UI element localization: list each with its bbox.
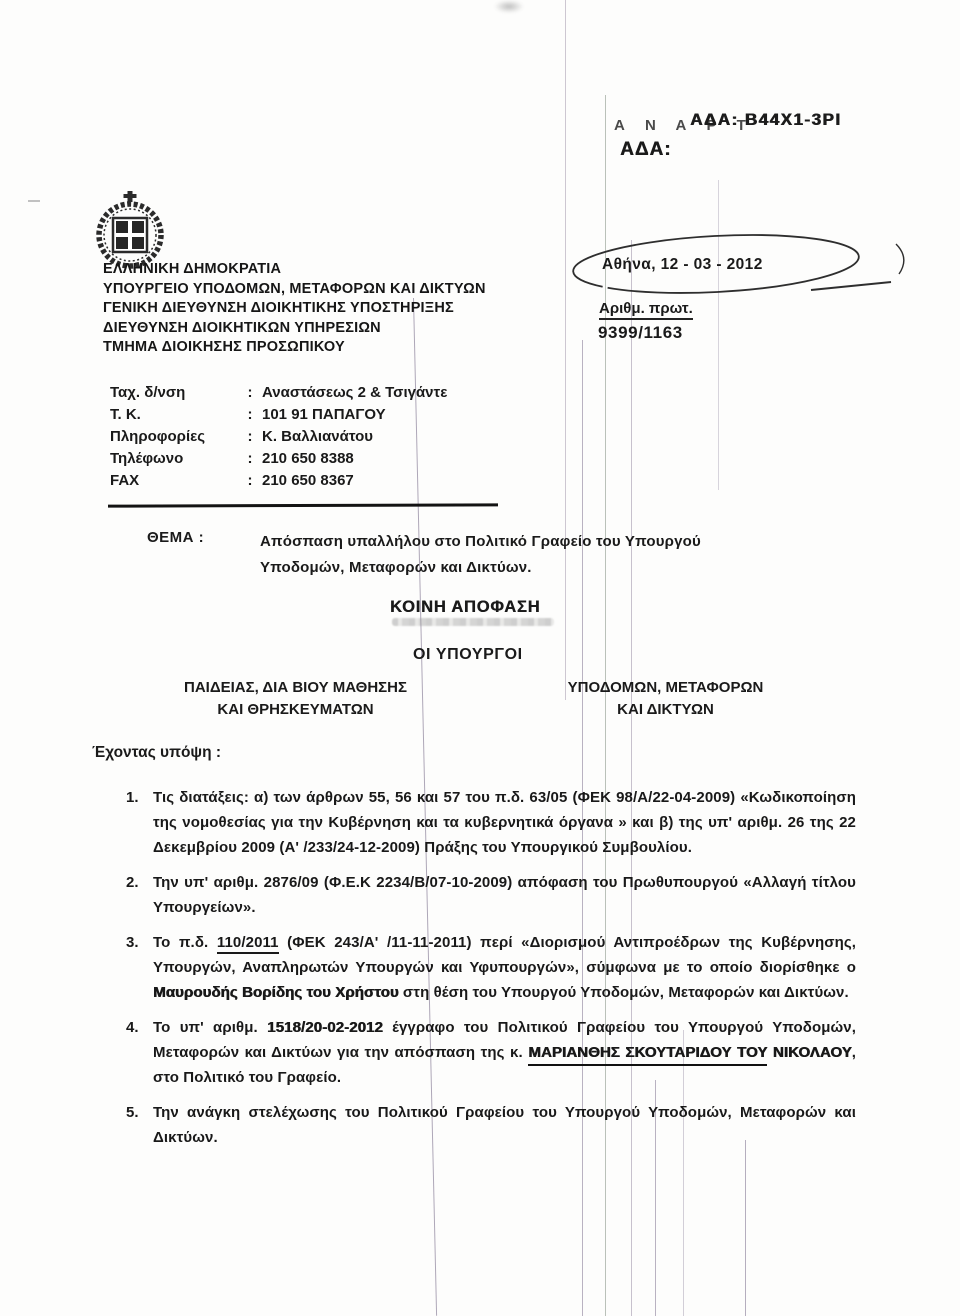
contact-row: Ταχ. δ/νση:Αναστάσεως 2 & Τσιγάντε	[110, 384, 530, 402]
contact-row: Τηλέφωνο:210 650 8388	[110, 450, 530, 468]
item-number: 1.	[126, 785, 153, 860]
item-text-segment: Το π.δ.	[153, 934, 217, 951]
protocol-number-value: 9399/1163	[598, 323, 683, 343]
item-number: 2.	[126, 870, 153, 920]
agency-header-line: ΔΙΕΥΘΥΝΣΗ ΔΙΟΙΚΗΤΙΚΩΝ ΥΠΗΡΕΣΙΩΝ	[103, 319, 486, 339]
minister-name-line: ΚΑΙ ΔΙΚΤΥΩΝ	[523, 699, 808, 721]
scan-smudge	[494, 0, 524, 13]
contact-label: Ταχ. δ/νση	[110, 384, 238, 402]
contact-value: 101 91 ΠΑΠΑΓΟΥ	[262, 406, 530, 424]
contact-label: FAX	[110, 472, 238, 490]
agency-header-line: ΕΛΛΗΝΙΚΗ ΔΗΜΟΚΡΑΤΙΑ	[103, 260, 486, 280]
considering-item: 3.Το π.δ. 110/2011 (ΦΕΚ 243/Α' /11-11-20…	[126, 930, 856, 1005]
considering-list: 1.Τις διατάξεις: α) των άρθρων 55, 56 κα…	[126, 785, 856, 1160]
item-number: 5.	[126, 1100, 153, 1150]
contact-value: 210 650 8367	[262, 472, 530, 490]
contact-label: Τ. Κ.	[110, 406, 238, 424]
contact-block: Ταχ. δ/νση:Αναστάσεως 2 & ΤσιγάντεΤ. Κ.:…	[110, 384, 530, 494]
scan-mark	[28, 200, 40, 202]
considering-item: 2.Την υπ' αριθμ. 2876/09 (Φ.Ε.Κ 2234/Β/0…	[126, 870, 856, 920]
subject-text: Απόσπαση υπαλλήλου στο Πολιτικό Γραφείο …	[260, 529, 760, 581]
contact-separator: :	[238, 450, 262, 468]
protocol-number-label: Αριθμ. πρωτ.	[599, 300, 693, 320]
item-number: 3.	[126, 930, 153, 1005]
scan-artifact-line	[745, 1140, 746, 1316]
minister-name-line: ΠΑΙΔΕΙΑΣ, ΔΙΑ ΒΙΟΥ ΜΑΘΗΣΗΣ	[148, 677, 443, 699]
scanned-document-page: Α Ν Α Ρ Τ ΑΔΑ: Β44Χ1-3ΡΙ ΑΔΑ: ΕΛΛΗΝΙΚΗ Δ…	[0, 0, 960, 1316]
item-text: Το π.δ. 110/2011 (ΦΕΚ 243/Α' /11-11-2011…	[153, 930, 856, 1005]
subject-line: Απόσπαση υπαλλήλου στο Πολιτικό Γραφείο …	[260, 529, 760, 555]
ada-code-stamp: ΑΔΑ: Β44Χ1-3ΡΙ	[690, 110, 841, 130]
the-ministers-subtitle: ΟΙ ΥΠΟΥΡΓΟΙ	[413, 646, 523, 664]
agency-header-line: ΤΜΗΜΑ ΔΙΟΙΚΗΣΗΣ ΠΡΟΣΩΠΙΚΟΥ	[103, 338, 486, 358]
item-text: Την ανάγκη στελέχωσης του Πολιτικού Γραφ…	[153, 1100, 856, 1150]
contact-separator: :	[238, 384, 262, 402]
contact-label: Πληροφορίες	[110, 428, 238, 446]
item-text-segment: Τις διατάξεις: α) των άρθρων 55, 56 και …	[153, 789, 856, 856]
contact-value: 210 650 8388	[262, 450, 530, 468]
item-text: Την υπ' αριθμ. 2876/09 (Φ.Ε.Κ 2234/Β/07-…	[153, 870, 856, 920]
minister-left-column: ΠΑΙΔΕΙΑΣ, ΔΙΑ ΒΙΟΥ ΜΑΘΗΣΗΣΚΑΙ ΘΡΗΣΚΕΥΜΑΤ…	[148, 677, 443, 721]
considering-intro: Έχοντας υπόψη :	[92, 744, 221, 762]
minister-name-line: ΚΑΙ ΘΡΗΣΚΕΥΜΑΤΩΝ	[148, 699, 443, 721]
item-text-segment: Την ανάγκη στελέχωσης του Πολιτικού Γραφ…	[153, 1104, 856, 1146]
item-number: 4.	[126, 1015, 153, 1090]
contact-row: Πληροφορίες:Κ. Βαλλιανάτου	[110, 428, 530, 446]
item-text-segment: Την υπ' αριθμ. 2876/09 (Φ.Ε.Κ 2234/Β/07-…	[153, 874, 856, 916]
agency-header-block: ΕΛΛΗΝΙΚΗ ΔΗΜΟΚΡΑΤΙΑΥΠΟΥΡΓΕΙΟ ΥΠΟΔΟΜΩΝ, Μ…	[103, 260, 486, 358]
considering-item: 4.Το υπ' αριθμ. 1518/20-02-2012 έγγραφο …	[126, 1015, 856, 1090]
contact-separator: :	[238, 406, 262, 424]
city-and-date: Αθήνα, 12 - 03 - 2012	[602, 256, 763, 274]
contact-row: Τ. Κ.:101 91 ΠΑΠΑΓΟΥ	[110, 406, 530, 424]
contact-label: Τηλέφωνο	[110, 450, 238, 468]
minister-right-column: ΥΠΟΔΟΜΩΝ, ΜΕΤΑΦΟΡΩΝΚΑΙ ΔΙΚΤΥΩΝ	[523, 677, 808, 721]
contact-separator: :	[238, 428, 262, 446]
scan-artifact-line	[565, 0, 566, 700]
contact-value: Κ. Βαλλιανάτου	[262, 428, 530, 446]
item-text-segment: στη θέση του Υπουργού Υποδομών, Μεταφορώ…	[399, 984, 849, 1001]
contact-separator: :	[238, 472, 262, 490]
considering-item: 1.Τις διατάξεις: α) των άρθρων 55, 56 κα…	[126, 785, 856, 860]
subject-line: Υποδομών, Μεταφορών και Δικτύων.	[260, 555, 760, 581]
horizontal-divider	[108, 503, 498, 507]
contact-value: Αναστάσεως 2 & Τσιγάντε	[262, 384, 530, 402]
item-text-segment: Το υπ' αριθμ.	[153, 1019, 267, 1036]
agency-header-line: ΥΠΟΥΡΓΕΙΟ ΥΠΟΔΟΜΩΝ, ΜΕΤΑΦΟΡΩΝ ΚΑΙ ΔΙΚΤΥΩ…	[103, 280, 486, 300]
subject-label: ΘΕΜΑ :	[147, 529, 204, 546]
item-text-segment: ΜΑΡΙΑΝΘΗΣ ΣΚΟΥΤΑΡΙΔΟΥ ΤΟΥ	[528, 1044, 767, 1066]
scan-smudge	[392, 618, 554, 626]
agency-header-line: ΓΕΝΙΚΗ ΔΙΕΥΘΥΝΣΗ ΔΙΟΙΚΗΤΙΚΗΣ ΥΠΟΣΤΗΡΙΞΗΣ	[103, 299, 486, 319]
item-text-segment: 110/2011	[217, 934, 279, 954]
item-text: Το υπ' αριθμ. 1518/20-02-2012 έγγραφο το…	[153, 1015, 856, 1090]
ada-label: ΑΔΑ:	[620, 139, 671, 161]
joint-decision-title: ΚΟΙΝΗ ΑΠΟΦΑΣΗ	[390, 598, 540, 617]
item-text-segment: Μαυρουδής Βορίδης του Χρήστου	[153, 984, 399, 1001]
minister-name-line: ΥΠΟΔΟΜΩΝ, ΜΕΤΑΦΟΡΩΝ	[523, 677, 808, 699]
item-text: Τις διατάξεις: α) των άρθρων 55, 56 και …	[153, 785, 856, 860]
contact-row: FAX:210 650 8367	[110, 472, 530, 490]
item-text-segment: 1518/20-02-2012	[267, 1019, 383, 1036]
item-text-segment: ΝΙΚΟΛΑΟΥ	[767, 1044, 851, 1061]
considering-item: 5.Την ανάγκη στελέχωσης του Πολιτικού Γρ…	[126, 1100, 856, 1150]
